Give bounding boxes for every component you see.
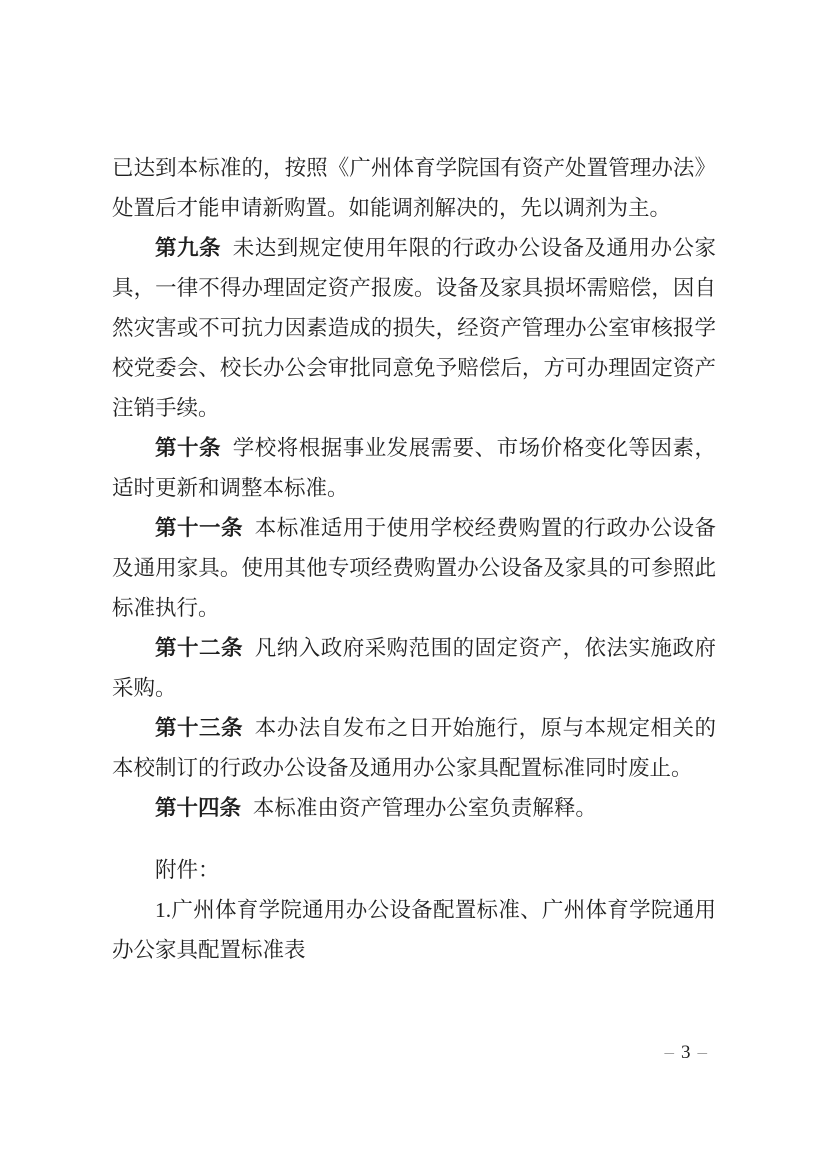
article-13-number: 第十三条	[155, 716, 243, 740]
paragraph-article-9: 第九条未达到规定使用年限的行政办公设备及通用办公家具，一律不得办理固定资产报废。…	[112, 228, 716, 428]
attachment-section: 附件： 1.广州体育学院通用办公设备配置标准、广州体育学院通用办公家具配置标准表	[112, 850, 716, 970]
document-body: 已达到本标准的，按照《广州体育学院国有资产处置管理办法》处置后才能申请新购置。如…	[112, 148, 716, 970]
footer-dash-left: –	[665, 1042, 675, 1063]
paragraph-article-12: 第十二条凡纳入政府采购范围的固定资产，依法实施政府采购。	[112, 628, 716, 708]
paragraph-article-11: 第十一条本标准适用于使用学校经费购置的行政办公设备及通用家具。使用其他专项经费购…	[112, 508, 716, 628]
attachment-item: 1.广州体育学院通用办公设备配置标准、广州体育学院通用办公家具配置标准表	[112, 890, 716, 970]
article-14-text: 本标准由资产管理办公室负责解释。	[253, 796, 597, 820]
document-page: 已达到本标准的，按照《广州体育学院国有资产处置管理办法》处置后才能申请新购置。如…	[0, 0, 826, 1176]
paragraph-article-14: 第十四条本标准由资产管理办公室负责解释。	[112, 788, 716, 828]
article-12-number: 第十二条	[155, 636, 243, 660]
footer-dash-right: –	[698, 1042, 708, 1063]
attachment-label: 附件：	[112, 850, 716, 890]
paragraph-article-10: 第十条学校将根据事业发展需要、市场价格变化等因素，适时更新和调整本标准。	[112, 428, 716, 508]
article-11-number: 第十一条	[155, 516, 243, 540]
page-number: 3	[681, 1042, 691, 1063]
paragraph-article-13: 第十三条本办法自发布之日开始施行，原与本规定相关的本校制订的行政办公设备及通用办…	[112, 708, 716, 788]
article-9-number: 第九条	[155, 236, 221, 260]
article-10-number: 第十条	[155, 436, 221, 460]
page-footer: –3–	[658, 1040, 715, 1066]
paragraph-continuation: 已达到本标准的，按照《广州体育学院国有资产处置管理办法》处置后才能申请新购置。如…	[112, 148, 716, 228]
article-9-text: 未达到规定使用年限的行政办公设备及通用办公家具，一律不得办理固定资产报废。设备及…	[112, 236, 716, 420]
article-14-number: 第十四条	[155, 796, 241, 820]
